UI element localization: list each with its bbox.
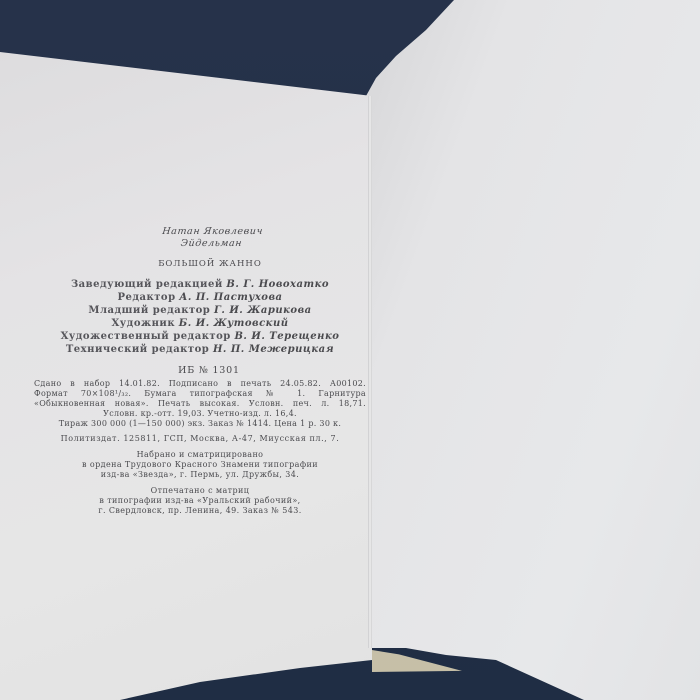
- printed-line: Отпечатано с матриц: [30, 486, 370, 496]
- book-title: БОЛЬШОЙ ЖАННО: [50, 259, 370, 269]
- credit-line: Заведующий редакцией В. Г. Новохатко: [30, 278, 370, 291]
- credits-list: Заведующий редакцией В. Г. Новохатко Ред…: [30, 278, 370, 356]
- colophon: Натан Яковлевич Эйдельман БОЛЬШОЙ ЖАННО …: [30, 226, 370, 516]
- credit-role: Заведующий редакцией: [71, 279, 223, 290]
- author-name: Натан Яковлевич Эйдельман: [53, 226, 372, 250]
- credit-role: Художественный редактор: [61, 331, 231, 342]
- book-photo: Натан Яковлевич Эйдельман БОЛЬШОЙ ЖАННО …: [0, 0, 700, 700]
- credit-role: Младший редактор: [88, 305, 210, 316]
- author-first-names: Натан Яковлевич: [54, 226, 371, 238]
- credit-line: Художественный редактор В. И. Терещенко: [30, 330, 370, 343]
- credit-person: Г. И. Жарикова: [214, 305, 312, 316]
- author-last-name: Эйдельман: [53, 238, 370, 250]
- printed-line: г. Свердловск, пр. Ленина, 49. Заказ № 5…: [30, 506, 370, 516]
- credit-person: А. П. Пастухова: [179, 292, 282, 303]
- credit-line: Художник Б. И. Жутовский: [30, 317, 370, 330]
- publication-line: «Обыкновенная новая». Печать высокая. Ус…: [34, 399, 366, 409]
- credit-line: Младший редактор Г. И. Жарикова: [30, 304, 370, 317]
- publication-line: Формат 70×108¹/₃₂. Бумага типографская №…: [34, 389, 366, 399]
- typeset-line: в ордена Трудового Красного Знамени типо…: [30, 460, 370, 470]
- credit-role: Редактор: [117, 292, 175, 303]
- credit-role: Художник: [112, 318, 176, 329]
- publication-line: Условн. кр.-отт. 19,03. Учетно-изд. л. 1…: [34, 409, 366, 419]
- ib-number: ИБ № 1301: [48, 365, 370, 376]
- typeset-line: изд-ва «Звезда», г. Пермь, ул. Дружбы, 3…: [30, 470, 370, 480]
- credit-person: В. И. Терещенко: [234, 331, 339, 342]
- publication-line: Сдано в набор 14.01.82. Подписано в печа…: [34, 379, 366, 389]
- right-page-blank: [366, 0, 700, 700]
- credit-person: Б. И. Жутовский: [179, 318, 289, 329]
- credit-line: Технический редактор Н. П. Межерицкая: [30, 343, 370, 356]
- publication-line: Тираж 300 000 (1—150 000) экз. Заказ № 1…: [34, 419, 366, 429]
- publisher-address: Политиздат. 125811, ГСП, Москва, А-47, М…: [30, 434, 370, 443]
- credit-role: Технический редактор: [66, 344, 209, 355]
- typeset-line: Набрано и сматрицировано: [30, 450, 370, 460]
- publication-details: Сдано в набор 14.01.82. Подписано в печа…: [30, 379, 370, 429]
- credit-person: Н. П. Межерицкая: [213, 344, 334, 355]
- credit-line: Редактор А. П. Пастухова: [30, 291, 370, 304]
- credit-person: В. Г. Новохатко: [226, 279, 329, 290]
- typeset-info: Набрано и сматрицировано в ордена Трудов…: [30, 450, 370, 516]
- printed-line: в типографии изд-ва «Уральский рабочий»,: [30, 496, 370, 506]
